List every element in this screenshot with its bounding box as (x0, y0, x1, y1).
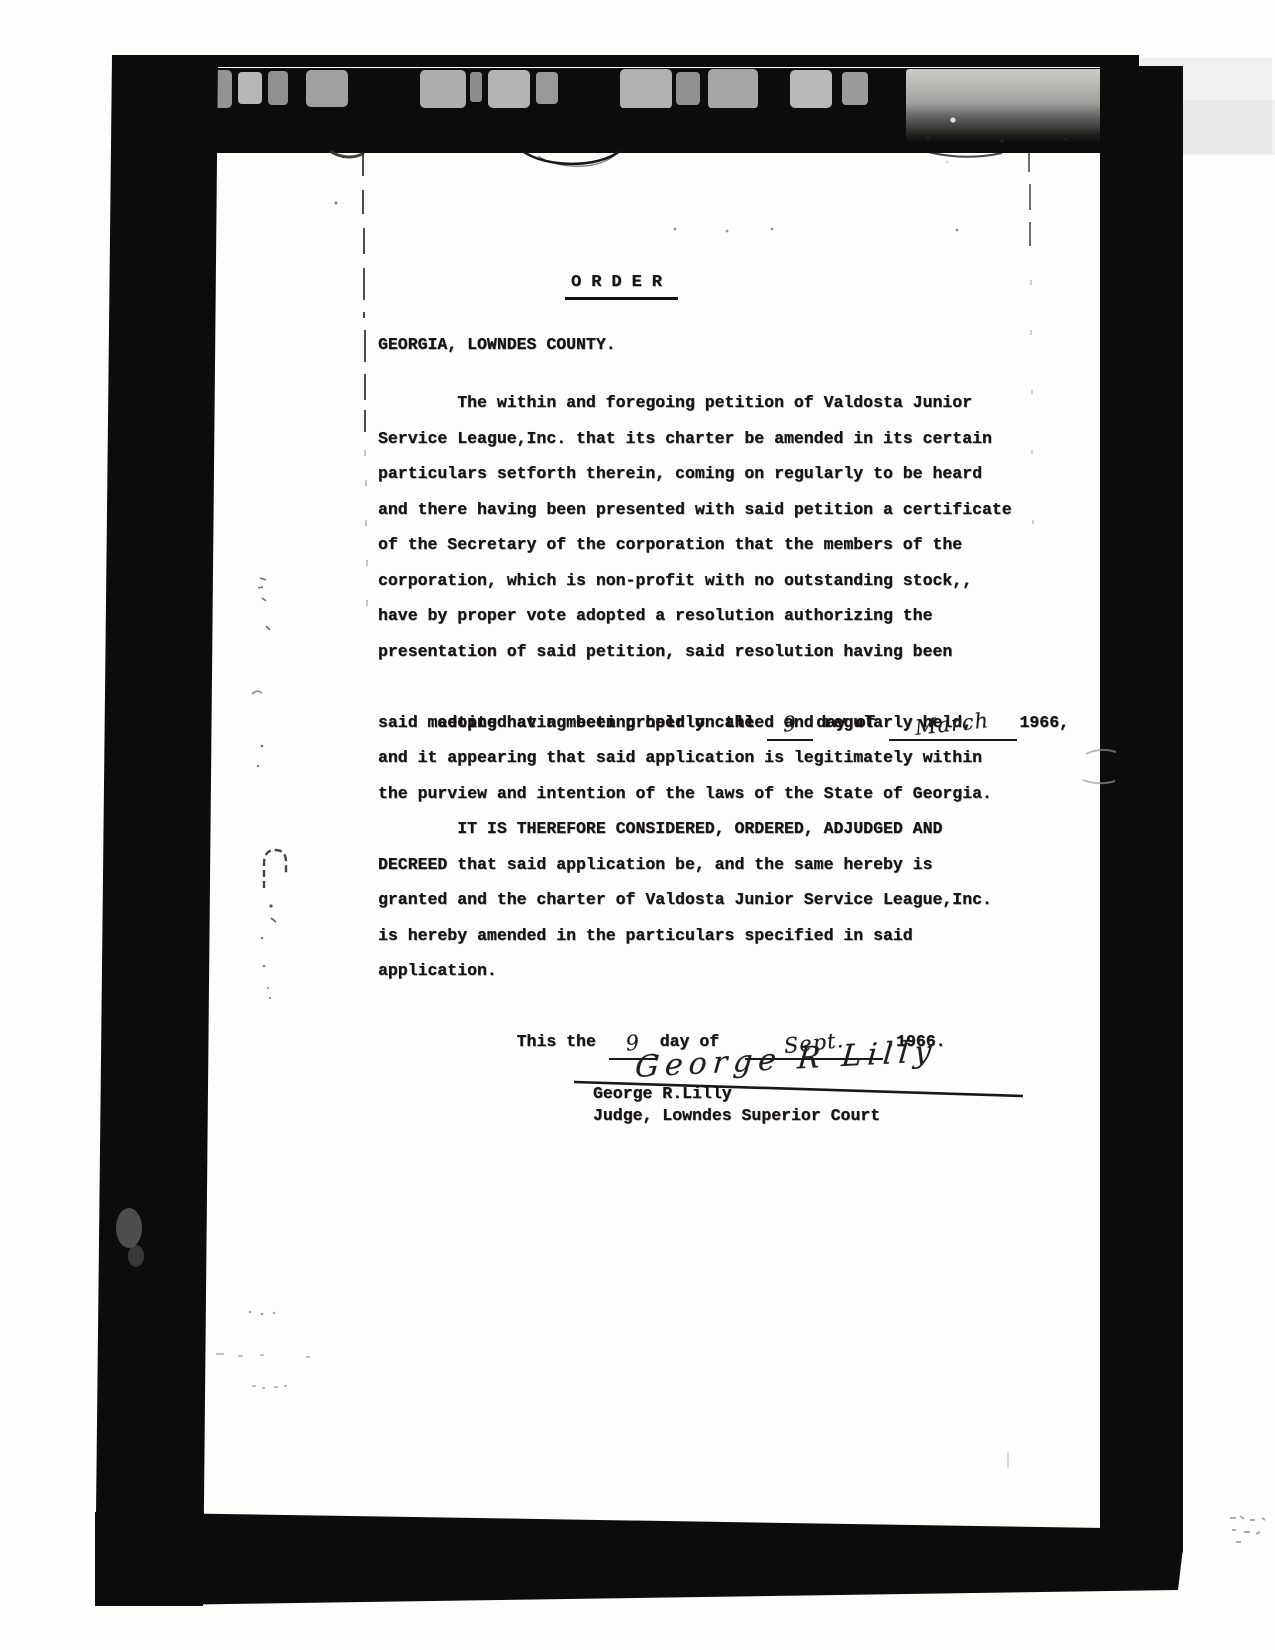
body-line: presentation of said petition, said reso… (378, 634, 1069, 670)
body-line: granted and the charter of Valdosta Juni… (378, 882, 1069, 918)
body-line: corporation, which is non-profit with no… (378, 563, 1069, 599)
body-line: application. (378, 953, 1069, 989)
body-line: The within and foregoing petition of Val… (378, 385, 1069, 421)
typed-text: 1966, (1020, 713, 1070, 732)
order-body: The within and foregoing petition of Val… (378, 385, 1069, 1024)
body-line: and it appearing that said application i… (378, 740, 1069, 776)
body-line: have by proper vote adopted a resolution… (378, 598, 1069, 634)
signatory-name: George R.Lilly (593, 1084, 732, 1103)
body-line: DECREED that said application be, and th… (378, 847, 1069, 883)
order-title: ORDER (565, 273, 678, 300)
county-line: GEORGIA, LOWNDES COUNTY. (378, 335, 616, 354)
film-strip-top (112, 55, 1139, 164)
body-line: Service League,Inc. that its charter be … (378, 421, 1069, 457)
body-line: the purview and intention of the laws of… (378, 776, 1069, 812)
handwritten-day: 9 (781, 710, 798, 737)
film-border-left (95, 55, 218, 1606)
document-page: ORDER GEORGIA, LOWNDES COUNTY. The withi… (215, 152, 1103, 1514)
body-line: and there having been presented with sai… (378, 492, 1069, 528)
body-line-meeting-date: adopted at a meeting held on the 9day of… (378, 669, 1069, 705)
body-line-signing-date: This the 9day ofSept.,1966. (378, 989, 1069, 1025)
signatory-title: Judge, Lowndes Superior Court (593, 1106, 880, 1125)
edge-speckles (1230, 1516, 1265, 1542)
film-border-bottom (95, 1512, 1183, 1606)
typed-text: This the (437, 1032, 605, 1051)
body-line: of the Secretary of the corporation that… (378, 527, 1069, 563)
body-line: is hereby amended in the particulars spe… (378, 918, 1069, 954)
scanned-document: { "doc": { "title": "ORDER", "county": "… (0, 0, 1275, 1650)
body-line: IT IS THEREFORE CONSIDERED, ORDERED, ADJ… (378, 811, 1069, 847)
body-line: particulars setforth therein, coming on … (378, 456, 1069, 492)
